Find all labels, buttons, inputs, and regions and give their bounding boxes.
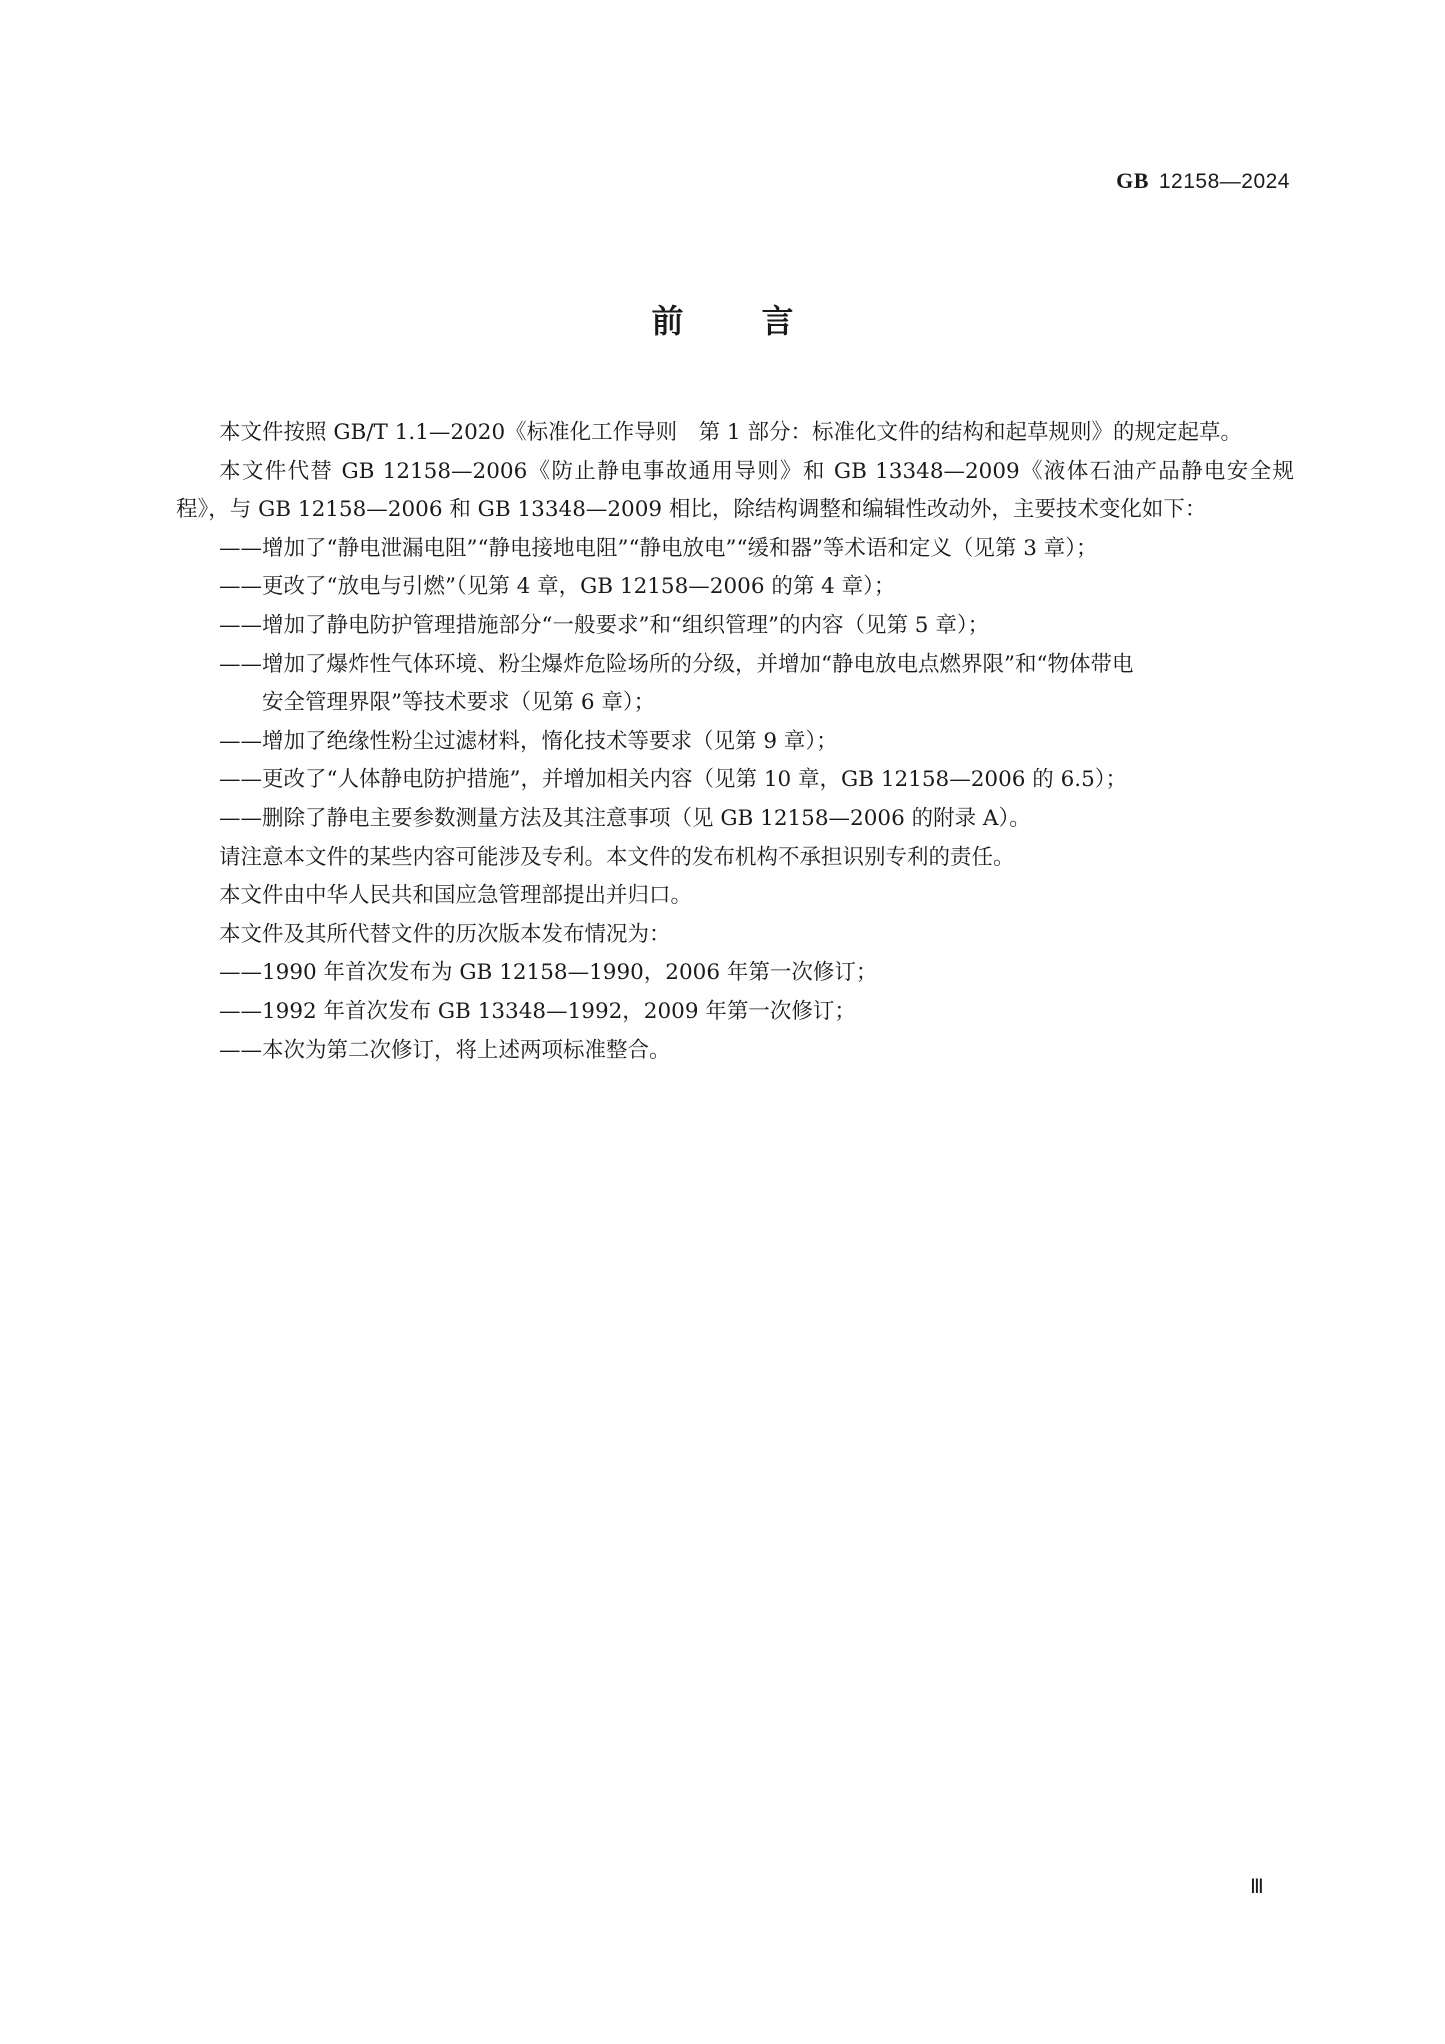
change-item: ——更改了“放电与引燃”（见第 4 章，GB 12158—2006 的第 4 章… (176, 568, 1294, 607)
foreword-body: 本文件按照 GB/T 1.1—2020《标准化工作导则 第 1 部分：标准化文件… (176, 414, 1294, 1070)
standard-prefix: GB (1116, 168, 1149, 193)
standard-number: GB12158—2024 (1116, 168, 1290, 194)
history-item: ——1990 年首次发布为 GB 12158—1990，2006 年第一次修订； (176, 954, 1294, 993)
history-item: ——本次为第二次修订，将上述两项标准整合。 (176, 1032, 1294, 1071)
change-item: ——增加了爆炸性气体环境、粉尘爆炸危险场所的分级，并增加“静电放电点燃界限”和“… (176, 646, 1294, 723)
paragraph-replacement: 本文件代替 GB 12158—2006《防止静电事故通用导则》和 GB 1334… (176, 453, 1294, 530)
patent-notice: 请注意本文件的某些内容可能涉及专利。本文件的发布机构不承担识别专利的责任。 (176, 839, 1294, 878)
proposer-statement: 本文件由中华人民共和国应急管理部提出并归口。 (176, 877, 1294, 916)
change-item: ——更改了“人体静电防护措施”，并增加相关内容（见第 10 章，GB 12158… (176, 761, 1294, 800)
page-number: Ⅲ (1250, 1874, 1264, 1899)
change-item: ——增加了静电防护管理措施部分“一般要求”和“组织管理”的内容（见第 5 章）； (176, 607, 1294, 646)
title-char-2: 言 (762, 296, 794, 342)
change-item-line-1: ——增加了爆炸性气体环境、粉尘爆炸危险场所的分级，并增加“静电放电点燃界限”和“… (219, 652, 1133, 677)
paragraph-drafting-rules: 本文件按照 GB/T 1.1—2020《标准化工作导则 第 1 部分：标准化文件… (176, 414, 1294, 453)
change-item: ——增加了绝缘性粉尘过滤材料，惰化技术等要求（见第 9 章）； (176, 723, 1294, 762)
change-item-line-2: 安全管理界限”等技术要求（见第 6 章）； (219, 684, 1294, 723)
title-char-1: 前 (651, 296, 683, 342)
history-item: ——1992 年首次发布 GB 13348—1992，2009 年第一次修订； (176, 993, 1294, 1032)
history-intro: 本文件及其所代替文件的历次版本发布情况为： (176, 916, 1294, 955)
change-item: ——删除了静电主要参数测量方法及其注意事项（见 GB 12158—2006 的附… (176, 800, 1294, 839)
standard-code: 12158—2024 (1159, 170, 1290, 193)
page-title: 前言 (0, 296, 1445, 342)
change-item: ——增加了“静电泄漏电阻”“静电接地电阻”“静电放电”“缓和器”等术语和定义（见… (176, 530, 1294, 569)
